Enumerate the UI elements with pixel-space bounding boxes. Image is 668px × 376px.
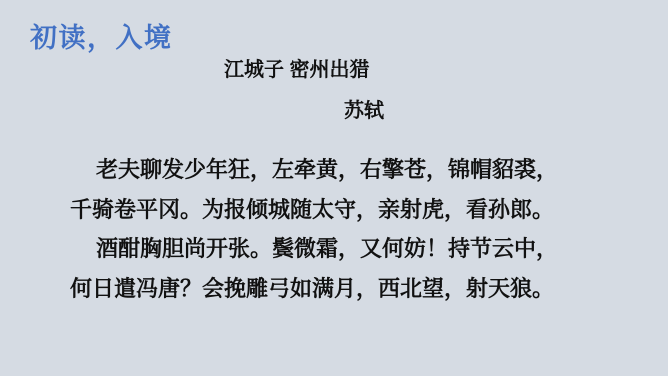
poem-line: 千骑卷平冈。为报倾城随太守，亲射虎，看孙郎。 <box>70 190 570 230</box>
poem-body: 老夫聊发少年狂，左牵黄，右擎苍，锦帽貂裘，千骑卷平冈。为报倾城随太守，亲射虎，看… <box>70 150 570 308</box>
slide: 初读，入境 江城子 密州出猎 苏轼 老夫聊发少年狂，左牵黄，右擎苍，锦帽貂裘，千… <box>0 0 668 376</box>
section-header: 初读，入境 <box>30 24 173 54</box>
poem-line: 老夫聊发少年狂，左牵黄，右擎苍，锦帽貂裘， <box>70 150 570 190</box>
poem-line: 何日遣冯唐？会挽雕弓如满月，西北望，射天狼。 <box>70 269 570 309</box>
poem-title: 江城子 密州出猎 <box>224 58 370 82</box>
poem-line: 酒酣胸胆尚开张。鬓微霜，又何妨！持节云中， <box>70 229 570 269</box>
poem-author: 苏轼 <box>344 99 384 123</box>
